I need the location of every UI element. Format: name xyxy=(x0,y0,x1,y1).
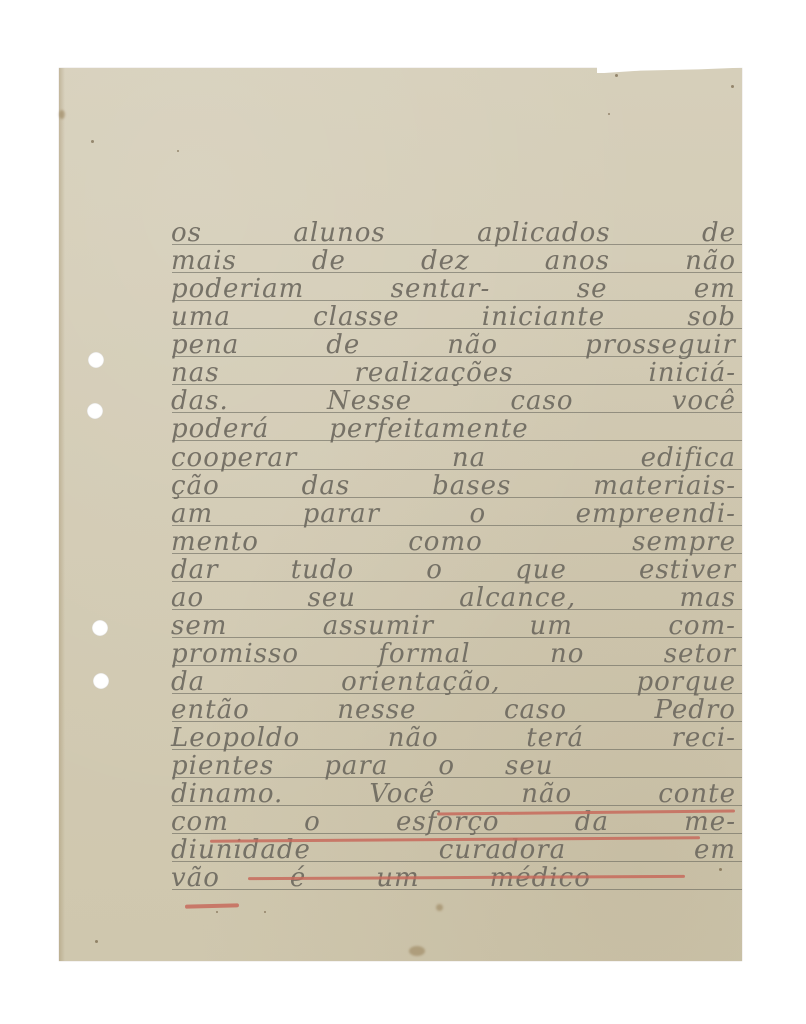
handwritten-line: ção das bases materiais- xyxy=(171,472,736,500)
word: com- xyxy=(668,612,736,640)
paper-speck xyxy=(95,940,98,943)
manuscript-page: os alunos aplicados de mais de dez anos … xyxy=(59,68,742,961)
word: em xyxy=(694,275,736,303)
handwritten-line: os alunos aplicados de xyxy=(171,219,736,247)
punch-hole xyxy=(88,352,104,368)
paper-speck xyxy=(608,113,610,115)
word: ção xyxy=(171,472,220,500)
word: dinamo. xyxy=(171,780,283,808)
word: mas xyxy=(679,584,736,612)
word: que xyxy=(515,556,567,584)
word: na xyxy=(452,444,486,472)
handwritten-line: Leopoldo não terá reci- xyxy=(171,724,736,752)
paper-stain xyxy=(59,110,65,119)
word: formal xyxy=(378,640,470,668)
word: nesse xyxy=(337,696,416,724)
word: porque xyxy=(636,668,736,696)
word: sentar- xyxy=(391,275,491,303)
word: mento xyxy=(171,528,259,556)
word: em xyxy=(694,836,736,864)
word: am xyxy=(171,500,213,528)
word: setor xyxy=(664,640,736,668)
word: para xyxy=(324,752,388,780)
word: então xyxy=(171,696,250,724)
handwritten-line: am parar o empreendi- xyxy=(171,500,736,528)
word: sempre xyxy=(632,528,736,556)
torn-corner xyxy=(597,67,742,73)
handwritten-line: dar tudo o que estiver xyxy=(171,556,736,584)
handwritten-line: mais de dez anos não xyxy=(171,247,736,275)
word: poderá xyxy=(171,415,269,443)
word: sem xyxy=(171,612,227,640)
word: das. xyxy=(171,387,229,415)
word: você xyxy=(672,387,736,415)
word: pena xyxy=(171,331,239,359)
word: de xyxy=(312,247,346,275)
word: materiais- xyxy=(593,472,736,500)
word: realizações xyxy=(354,359,513,387)
word: os xyxy=(171,219,202,247)
handwritten-line: poderiam sentar- se em xyxy=(171,275,736,303)
handwritten-line: então nesse caso Pedro xyxy=(171,696,736,724)
word: dez xyxy=(421,247,470,275)
word: conte xyxy=(658,780,736,808)
word: alunos xyxy=(293,219,385,247)
handwritten-line: das. Nesse caso você xyxy=(171,387,736,415)
word: Nesse xyxy=(327,387,412,415)
handwritten-line: poderá perfeitamente xyxy=(171,415,736,443)
page-edge-shadow xyxy=(59,68,65,961)
paper-speck xyxy=(731,85,734,88)
word: perfeitamente xyxy=(329,415,528,443)
paper-speck xyxy=(91,140,94,143)
word: parar xyxy=(303,500,381,528)
word: poderiam xyxy=(171,275,304,303)
word: sob xyxy=(687,303,736,331)
punch-hole xyxy=(87,403,103,419)
word: de xyxy=(702,219,736,247)
word: de xyxy=(326,331,360,359)
word: bases xyxy=(432,472,511,500)
word: não xyxy=(388,724,439,752)
word: caso xyxy=(504,696,567,724)
word: Leopoldo xyxy=(171,724,300,752)
handwritten-line: dinamo. Você não conte xyxy=(171,780,736,808)
handwritten-line: da orientação, porque xyxy=(171,668,736,696)
word: pientes xyxy=(171,752,274,780)
word: das xyxy=(302,472,351,500)
word: iniciante xyxy=(482,303,605,331)
word: não xyxy=(685,247,736,275)
word: cooperar xyxy=(171,444,297,472)
word: o xyxy=(438,752,455,780)
word: vão xyxy=(171,864,220,892)
word: anos xyxy=(545,247,610,275)
word: iniciá- xyxy=(648,359,736,387)
word: tudo xyxy=(291,556,355,584)
word: Você xyxy=(369,780,435,808)
word: ao xyxy=(171,584,204,612)
word: terá xyxy=(526,724,584,752)
word: o xyxy=(304,808,321,836)
word: no xyxy=(550,640,584,668)
paper-speck xyxy=(216,911,218,913)
paper-speck xyxy=(264,911,266,913)
word: com xyxy=(171,808,229,836)
word: seu xyxy=(505,752,553,780)
word: uma xyxy=(171,303,231,331)
word: dar xyxy=(171,556,219,584)
handwritten-line: pientes para o seu xyxy=(171,752,736,780)
word: estiver xyxy=(639,556,736,584)
word: não xyxy=(447,331,498,359)
word: não xyxy=(521,780,572,808)
handwritten-line: uma classe iniciante sob xyxy=(171,303,736,331)
paper-speck xyxy=(177,150,179,152)
handwritten-line: nas realizações iniciá- xyxy=(171,359,736,387)
word: assumir xyxy=(323,612,434,640)
handwritten-line: promisso formal no setor xyxy=(171,640,736,668)
word: nas xyxy=(171,359,220,387)
word: mais xyxy=(171,247,237,275)
word: um xyxy=(530,612,573,640)
word: orientação, xyxy=(341,668,500,696)
word: o xyxy=(470,500,487,528)
word: como xyxy=(408,528,483,556)
word: o xyxy=(426,556,443,584)
word: caso xyxy=(510,387,573,415)
word: promisso xyxy=(171,640,299,668)
word: Pedro xyxy=(655,696,736,724)
word: prosseguir xyxy=(585,331,736,359)
word: classe xyxy=(313,303,399,331)
handwritten-line: sem assumir um com- xyxy=(171,612,736,640)
punch-hole xyxy=(92,620,108,636)
word: da xyxy=(171,668,205,696)
red-underline xyxy=(185,903,239,908)
paper-speck xyxy=(615,74,618,77)
punch-hole xyxy=(93,673,109,689)
handwritten-line: pena de não prosseguir xyxy=(171,331,736,359)
handwritten-line: ao seu alcance, mas xyxy=(171,584,736,612)
word: empreendi- xyxy=(576,500,736,528)
handwritten-line: mento como sempre xyxy=(171,528,736,556)
handwritten-line: cooperar na edifica xyxy=(171,444,736,472)
paper-stain xyxy=(409,946,425,956)
word: se xyxy=(577,275,608,303)
word: alcance, xyxy=(459,584,576,612)
word: aplicados xyxy=(477,219,610,247)
paper-stain xyxy=(436,904,443,911)
word: edifica xyxy=(641,444,736,472)
word: seu xyxy=(307,584,355,612)
word: reci- xyxy=(671,724,735,752)
